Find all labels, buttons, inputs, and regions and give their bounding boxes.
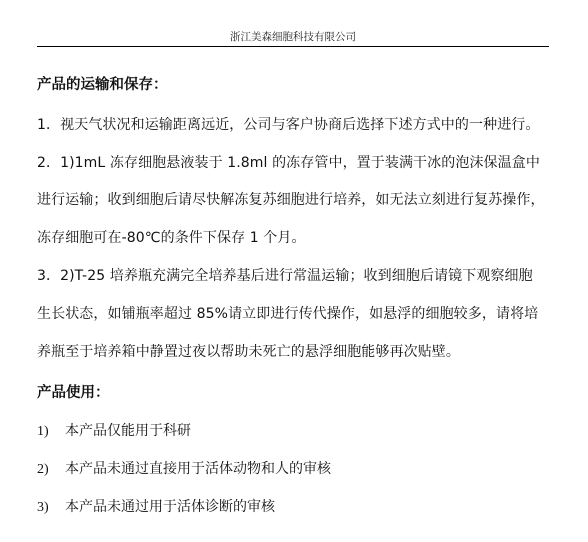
storage-line-1: 1．视天气状况和运输距离远近，公司与客户协商后选择下述方式中的一种进行。	[37, 115, 540, 135]
list-text: 本产品未通过直接用于活体动物和人的审核	[65, 459, 331, 479]
header-divider	[37, 46, 549, 47]
list-marker: 1)	[37, 422, 65, 442]
storage-line-2: 2．1)1mL 冻存细胞悬液装于 1.8ml 的冻存管中，置于装满干冰的泡沫保温…	[37, 153, 540, 173]
storage-line-3: 进行运输；收到细胞后请尽快解冻复苏细胞进行培养，如无法立刻进行复苏操作，	[37, 190, 545, 210]
usage-list-item: 3)本产品未通过用于活体诊断的审核	[37, 497, 275, 518]
section-title-usage: 产品使用：	[37, 383, 110, 403]
section-title-storage: 产品的运输和保存：	[37, 75, 168, 95]
list-text: 本产品未通过用于活体诊断的审核	[65, 497, 275, 517]
storage-line-6: 生长状态，如铺瓶率超过 85%请立即进行传代操作，如悬浮的细胞较多，请将培	[37, 304, 538, 324]
storage-line-5: 3．2)T-25 培养瓶充满完全培养基后进行常温运输；收到细胞后请镜下观察细胞	[37, 266, 533, 286]
page-header-company: 浙江美森细胞科技有限公司	[37, 28, 549, 46]
list-marker: 3)	[37, 498, 65, 518]
storage-line-4: 冻存细胞可在-80℃的条件下保存 1 个月。	[37, 228, 306, 248]
list-marker: 2)	[37, 460, 65, 480]
usage-list-item: 2)本产品未通过直接用于活体动物和人的审核	[37, 459, 331, 480]
usage-list-item: 1)本产品仅能用于科研	[37, 421, 191, 442]
list-text: 本产品仅能用于科研	[65, 421, 191, 441]
storage-line-7: 养瓶至于培养箱中静置过夜以帮助未死亡的悬浮细胞能够再次贴壁。	[37, 342, 460, 362]
